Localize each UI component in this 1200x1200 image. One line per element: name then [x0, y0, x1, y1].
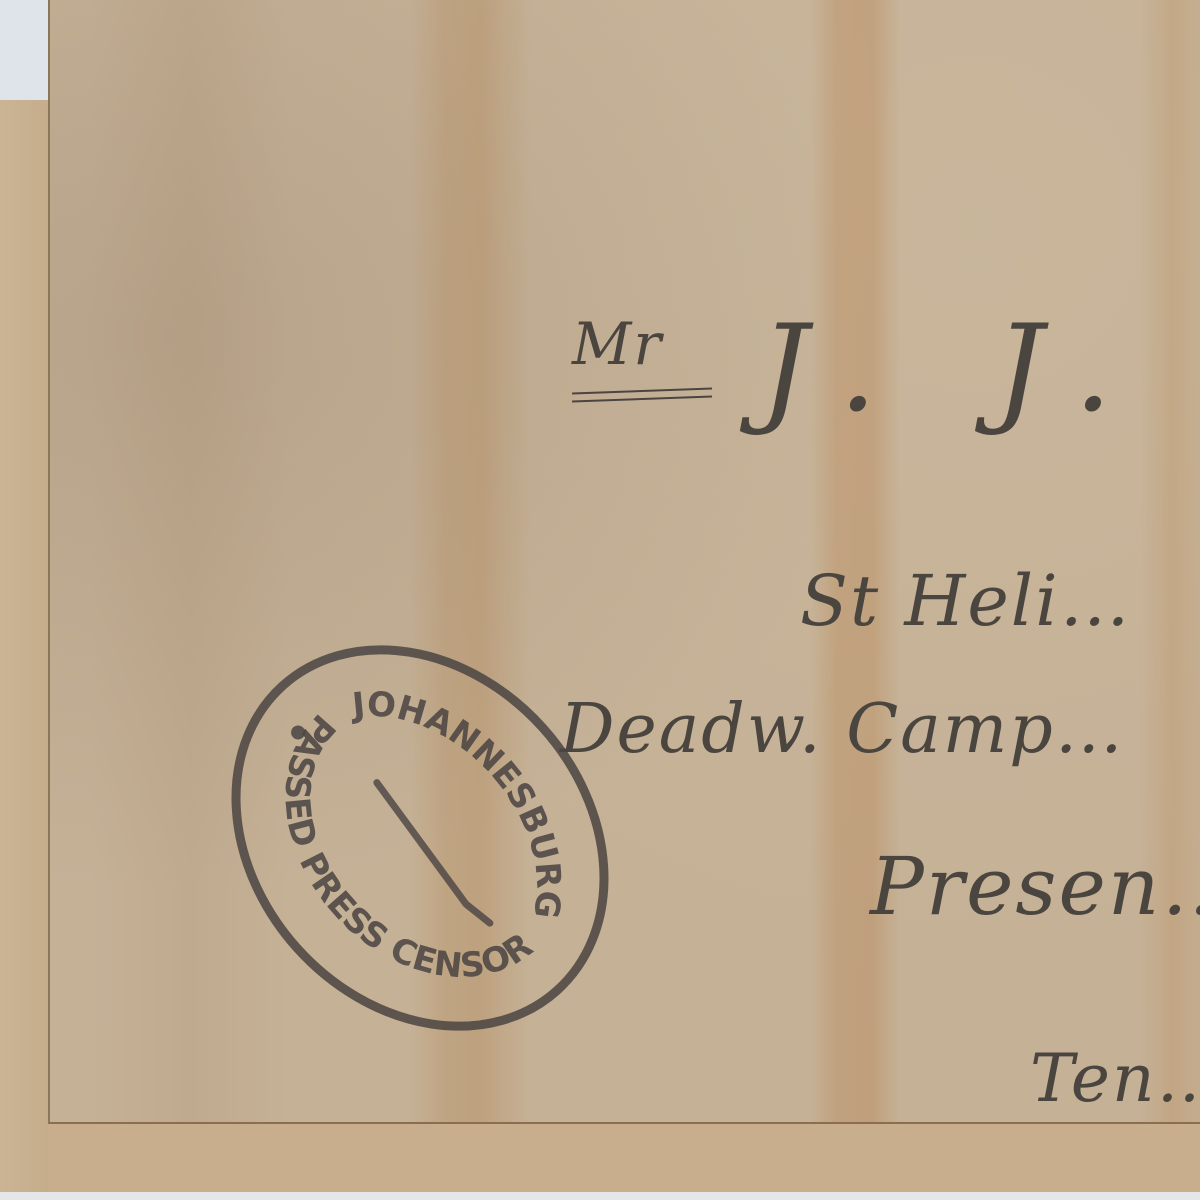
address-salutation: Mr — [572, 310, 663, 378]
salutation-double-underline — [572, 390, 712, 400]
background-surface — [0, 0, 48, 100]
address-line-2: Deadw. Camp… — [560, 690, 1125, 769]
mount-card-edge — [0, 100, 48, 1192]
address-line-3: Presen… — [870, 840, 1200, 933]
address-name: J. J. … — [760, 300, 1200, 439]
water-stain — [1140, 0, 1200, 1122]
address-line-1: St Heli… — [800, 560, 1132, 642]
stamp-signature-mark — [366, 783, 498, 927]
address-line-4: Ten… — [1030, 1040, 1200, 1117]
water-stain — [90, 0, 290, 1122]
